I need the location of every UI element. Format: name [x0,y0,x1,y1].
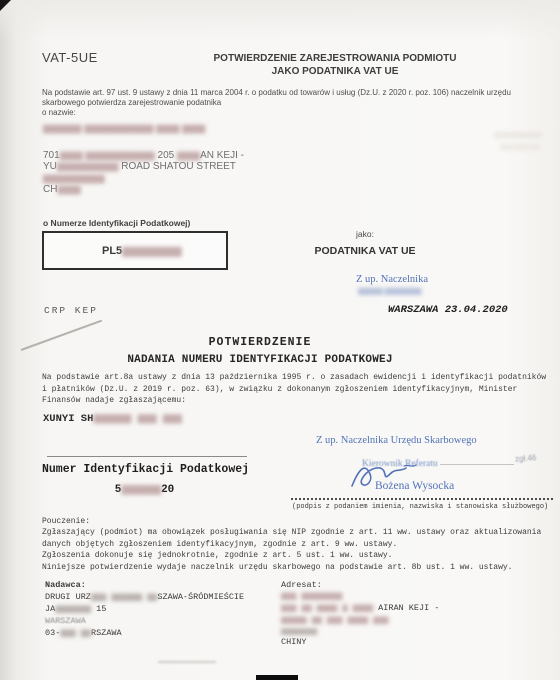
legal2-line2: i płatników (Dz.U. z 2019 r. poz. 63), w… [42,384,546,396]
recipient-line3: ▆▆▆▆▆ ▆▆ ▆▆▆ ▆▆▆▆ ▆▆▆ [281,615,439,625]
recipient-line5: CHINY [281,637,439,647]
nip-box: PL5▆▆▆▆▆▆▆ [42,231,228,270]
redaction-blob: ▆▆▆▆▆▆▆▆ [43,173,105,184]
sender-l2-suffix: 15 [91,604,106,614]
form-code: VAT-5UE [42,50,98,65]
redaction-blob: ▆▆▆ ▆▆▆▆▆▆▆▆▆ [60,150,155,161]
faint-annotation: zgł.46 [515,453,537,463]
scan-bottom-artifact [256,675,298,680]
stamp-deputy-head-line2: ▆▆▆▆ ▆▆▆▆▆▆ [358,286,422,295]
stamp-office-line: Z up. Naczelnika Urzędu Skarbowego [316,435,477,446]
signature-dotted-line [291,498,553,500]
sender-line3: WARSZAWA [45,616,244,626]
legal-basis-text: Na podstawie art. 97 ust. 9 ustawy z dni… [42,88,536,108]
redaction-blob: ▆▆▆▆▆▆▆▆ [57,161,119,172]
redaction-blob: ▆▆▆ ▆▆ ▆▆▆▆ ▆ ▆▆▆▆ [281,603,378,613]
redaction-blob: ▆▆▆ ▆▆▆▆▆▆▆▆ [281,591,342,601]
assigned-nip-value: 5▆▆▆▆▆▆20 [42,482,247,496]
recipient-line4: ▆▆▆▆▆▆▆▆ [281,626,439,636]
sender-l1-suffix: SZAWA-ŚRÓDMIEŚCIE [157,592,244,602]
scan-smudge [158,661,216,663]
document-title-line2: JAKO PODATNIKA VAT UE [185,66,485,77]
nip2-suffix: 20 [161,484,174,496]
recipient-l2-suffix: AIRAN KEJI - [378,603,439,613]
taxpayer-address-line1: 701▆▆▆ ▆▆▆▆▆▆▆▆▆ 205 ▆▆▆AN KEJI - [43,150,244,161]
addr4-prefix: CH [43,184,57,195]
pouczenie-line2: danych objętych zgłoszeniem identyfikacy… [42,539,541,551]
pouczenie-title: Pouczenie: [42,517,90,526]
pouczenie-line3: Zgłoszenia dokonuje się jednokrotnie, zg… [42,550,541,562]
assigned-nip-label: Numer Identyfikacji Podatkowej [42,463,249,476]
confirmation-subtitle: NADANIA NUMERU IDENTYFIKACJI PODATKOWEJ [60,354,460,366]
signer-name: Bożena Wysocka [375,480,454,492]
addr2-suffix: ROAD SHATOU STREET [118,161,235,172]
sender-line2: JA▆▆▆▆▆▆▆ 15 [45,604,244,614]
signature-caption: (podpis z podaniem imienia, nazwiska i s… [292,503,548,511]
faint-artifact [494,132,542,138]
redaction-blob: ▆▆▆ [57,184,80,195]
pouczenie-text: Zgłaszający (podmiot) ma obowiązek posłu… [42,527,541,573]
legal-basis-2: Na podstawie art.8a ustawy z dnia 13 paź… [42,372,546,407]
redaction-blob: ▆▆▆ ▆▆ [60,628,91,638]
redaction-blob: ▆▆▆▆▆▆▆ [55,604,91,614]
redaction-blob: ▆▆▆▆▆ ▆▆ ▆▆▆ ▆▆▆▆ ▆▆▆ [281,615,388,625]
redaction-blob: ▆▆▆▆▆▆▆▆ [281,628,317,636]
taxpayer-name-redacted: ▆▆▆▆▆ ▆▆▆▆▆▆▆▆▆ ▆▆▆ ▆▆▆ [43,123,205,134]
pouczenie-line1: Zgłaszający (podmiot) ma obowiązek posłu… [42,527,541,539]
redaction-blob: ▆▆▆▆▆▆ [121,484,161,496]
stamp-deputy-head: Z up. Naczelnika [356,274,428,285]
taxpayer-address-line2: YU▆▆▆▆▆▆▆▆ ROAD SHATOU STREET [43,161,236,172]
name-label: o nazwie: [42,108,76,117]
sender-l2-prefix: JA [45,604,55,614]
taxpayer-address-line3: ▆▆▆▆▆▆▆▆ [43,173,105,184]
applicant-name: XUNYI SH▆▆▆▆▆▆ ▆▆▆ ▆▆▆ [43,412,182,425]
addr1-prefix: 701 [43,150,60,161]
addr2-prefix: YU [43,161,57,172]
pencil-stroke [21,320,102,351]
addr1-mid: 205 [155,150,177,161]
sender-line4: 03-▆▆▆ ▆▆RSZAWA [45,628,244,638]
nip-value-prefix: PL5 [102,245,122,257]
jako-label: jako: [300,229,430,239]
stamp-rule-line [440,464,514,465]
recipient-title: Adresat: [281,580,439,590]
sender-l1-prefix: DRUGI URZ [45,592,91,602]
redaction-blob: ▆▆▆▆▆▆▆ [122,245,181,257]
redaction-blob: ▆▆▆▆ ▆▆▆▆▆▆ [358,286,422,295]
recipient-line1: ▆▆▆ ▆▆▆▆▆▆▆▆ [281,591,439,601]
legal2-line3: Finansów nadaje zgłaszającemu: [42,395,546,407]
sender-line1: DRUGI URZ▆▆▆ ▆▆▆▆▆▆ ▆▆SZAWA-ŚRÓDMIEŚCIE [45,592,244,602]
redaction-blob: ▆▆▆▆▆▆ ▆▆▆ ▆▆▆ [93,413,181,425]
scanned-document: VAT-5UE POTWIERDZENIE ZAREJESTROWANIA PO… [0,0,560,680]
sender-block: Nadawca: DRUGI URZ▆▆▆ ▆▆▆▆▆▆ ▆▆SZAWA-ŚRÓ… [45,580,244,638]
sender-l4-suffix: RSZAWA [91,628,122,638]
legal2-line1: Na podstawie art.8a ustawy z dnia 13 paź… [42,372,546,384]
taxpayer-address-line4: CH▆▆▆ [43,184,81,195]
crp-kep-label: CRP KEP [44,305,98,316]
redaction-blob: ▆▆▆▆▆ ▆▆▆▆▆▆▆▆▆ ▆▆▆ ▆▆▆ [43,123,205,134]
redaction-blob: ▆▆▆ ▆▆▆▆▆▆ ▆▆ [91,592,158,602]
faint-artifact-2 [500,144,540,150]
addr1-suffix: AN KEJI - [200,150,244,161]
sender-l4-prefix: 03- [45,628,60,638]
nip-box-label: o Numerze Identyfikacji Podatkowej) [43,218,190,228]
redaction-blob: ▆▆▆ [177,150,200,161]
applicant-prefix: XUNYI SH [43,413,93,425]
nip-overline [47,456,247,457]
scan-corner-artifact [0,0,11,11]
sender-title: Nadawca: [45,580,244,590]
confirmation-title: POTWIERDZENIE [110,336,410,349]
recipient-block: Adresat: ▆▆▆ ▆▆▆▆▆▆▆▆ ▆▆▆ ▆▆ ▆▆▆▆ ▆ ▆▆▆▆… [281,580,439,647]
vat-ue-status: PODATNIKA VAT UE [295,245,435,257]
place-date: WARSZAWA 23.04.2020 [388,304,508,316]
document-title-line1: POTWIERDZENIE ZAREJESTROWANIA PODMIOTU [185,53,485,64]
recipient-line2: ▆▆▆ ▆▆ ▆▆▆▆ ▆ ▆▆▆▆ AIRAN KEJI - [281,603,439,613]
pouczenie-line4: Niniejsze potwierdzenie wydaje naczelnik… [42,562,541,574]
